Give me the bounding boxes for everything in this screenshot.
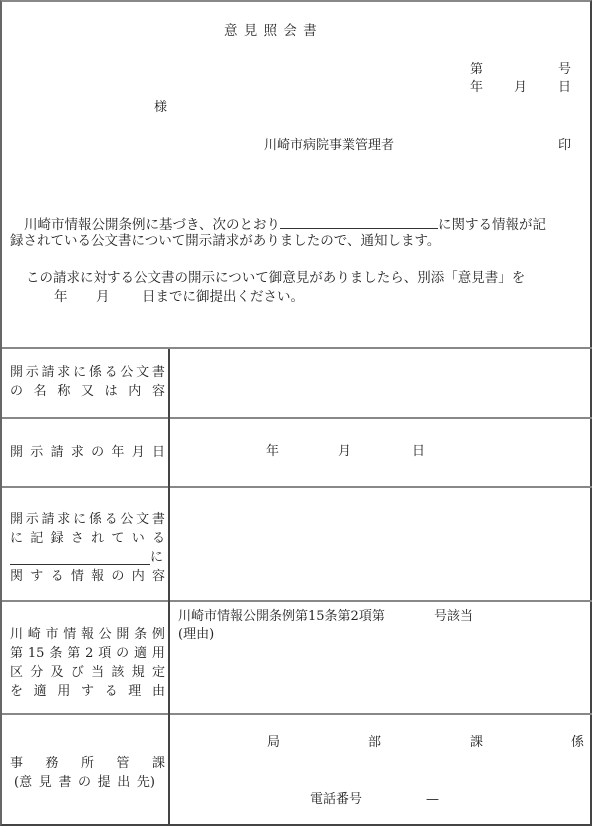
label-char: 管 bbox=[116, 754, 129, 773]
label-char: 由 bbox=[152, 682, 165, 701]
request-date-day: 日 bbox=[412, 444, 425, 460]
label-char: 市 bbox=[45, 625, 58, 644]
label-char: 該 bbox=[111, 663, 124, 682]
label-char: 関 bbox=[10, 567, 23, 586]
paragraph1-line1: 川崎市情報公開条例に基づき、次のとおりに関する情報が記 bbox=[24, 213, 546, 234]
label-char: 定 bbox=[152, 663, 165, 682]
provision-text: 川崎市情報公開条例第15条第2項第 bbox=[178, 609, 385, 625]
label-line: の名称又は内容 bbox=[10, 382, 165, 401]
label-char: 第 bbox=[10, 644, 23, 663]
label-char: 出 bbox=[117, 773, 130, 792]
label-line: 事務所管課 bbox=[10, 754, 165, 773]
label-char: 示 bbox=[30, 443, 43, 462]
label-char: に bbox=[150, 548, 163, 567]
provision-applicable: 号該当 bbox=[434, 609, 473, 625]
sender-name: 川崎市病院事業管理者 bbox=[264, 138, 394, 154]
label-char: 用 bbox=[152, 644, 165, 663]
label-char: 内 bbox=[128, 382, 141, 401]
department-label: 部 bbox=[368, 735, 381, 751]
addressee-suffix: 様 bbox=[154, 100, 167, 116]
label-char: 規 bbox=[132, 663, 145, 682]
label-char: は bbox=[105, 382, 118, 401]
label-char: 分 bbox=[30, 663, 43, 682]
label-char: 提 bbox=[98, 773, 111, 792]
label-char: て bbox=[111, 529, 124, 548]
label-char: 開 bbox=[116, 625, 129, 644]
row-divider bbox=[2, 713, 592, 715]
date-day: 日 bbox=[558, 80, 571, 96]
label-char: 報 bbox=[81, 625, 94, 644]
label-char: る bbox=[152, 529, 165, 548]
label-responsible-section: 事務所管課 (意見書の提出先) bbox=[10, 754, 165, 792]
row-divider bbox=[2, 600, 592, 602]
label-char: 理 bbox=[128, 682, 141, 701]
label-document-name: 開示請求に係る公文書 の名称又は内容 bbox=[10, 363, 165, 401]
label-char: び bbox=[71, 663, 84, 682]
reason-label: (理由) bbox=[178, 627, 214, 643]
label-char: 例 bbox=[152, 625, 165, 644]
label-char: 区 bbox=[10, 663, 23, 682]
row-divider bbox=[2, 486, 592, 488]
request-date-month: 月 bbox=[338, 444, 351, 460]
label-char: 開 bbox=[10, 443, 23, 462]
label-char: 崎 bbox=[28, 625, 41, 644]
request-date-year: 年 bbox=[266, 444, 279, 460]
label-char: の bbox=[116, 644, 129, 663]
label-char: 公 bbox=[99, 625, 112, 644]
label-char: 示 bbox=[26, 510, 39, 529]
section-label: 課 bbox=[470, 735, 483, 751]
label-char: 事 bbox=[10, 754, 23, 773]
label-char: 文 bbox=[136, 510, 149, 529]
phone-label: 電話番号 bbox=[310, 792, 362, 808]
label-char: の bbox=[10, 382, 23, 401]
label-char: 15 bbox=[28, 644, 45, 663]
label-char: 日 bbox=[152, 443, 165, 462]
label-request-date: 開示請求の年月日 bbox=[10, 443, 165, 462]
label-char: 内 bbox=[132, 567, 145, 586]
label-char: 求 bbox=[57, 510, 70, 529]
paragraph2-year: 年 bbox=[54, 288, 68, 306]
label-char: 情 bbox=[71, 567, 84, 586]
label-char: に bbox=[73, 510, 86, 529]
date-year: 年 bbox=[470, 80, 483, 96]
label-char: 適 bbox=[34, 682, 47, 701]
label-char: 用 bbox=[57, 682, 70, 701]
label-char: 報 bbox=[91, 567, 104, 586]
blank-underline bbox=[10, 548, 150, 565]
label-char: 容 bbox=[152, 567, 165, 586]
label-char: 先) bbox=[137, 773, 155, 792]
opinion-inquiry-form: 意 見 照 会 書 第 号 年 月 日 様 川崎市病院事業管理者 印 川崎市情報… bbox=[0, 0, 592, 826]
row-divider bbox=[2, 417, 592, 419]
label-char: 及 bbox=[51, 663, 64, 682]
label-char: 第 bbox=[67, 644, 80, 663]
label-char: 係 bbox=[89, 510, 102, 529]
label-char: 請 bbox=[51, 443, 64, 462]
label-char: 求 bbox=[71, 443, 84, 462]
label-char: す bbox=[81, 682, 94, 701]
label-char: 示 bbox=[26, 363, 39, 382]
label-char: 文 bbox=[136, 363, 149, 382]
label-char: の bbox=[91, 443, 104, 462]
label-line: 開示請求に係る公文書 bbox=[10, 510, 165, 529]
label-char: 称 bbox=[57, 382, 70, 401]
label-char: 条 bbox=[134, 625, 147, 644]
label-char: (意 bbox=[14, 773, 32, 792]
label-char: 又 bbox=[81, 382, 94, 401]
label-char: 開 bbox=[10, 363, 23, 382]
label-line: に記録されている bbox=[10, 529, 165, 548]
label-char: 請 bbox=[42, 363, 55, 382]
paragraph1-line2: 録されている公文書について開示請求がありましたので、通知します。 bbox=[10, 232, 440, 250]
label-char: れ bbox=[91, 529, 104, 548]
label-char: 情 bbox=[63, 625, 76, 644]
label-char: 書 bbox=[152, 510, 165, 529]
number-suffix: 号 bbox=[558, 62, 571, 78]
label-applicable-provision: 川崎市情報公開条例 第15条第2項の適用 区分及び当該規定 を適用する理由 bbox=[10, 625, 165, 701]
seal-mark: 印 bbox=[558, 138, 571, 154]
bureau-label: 局 bbox=[267, 735, 280, 751]
date-month: 月 bbox=[514, 80, 527, 96]
label-line: 区分及び当該規定 bbox=[10, 663, 165, 682]
subsection-label: 係 bbox=[571, 735, 584, 751]
label-char: る bbox=[105, 510, 118, 529]
paragraph2-line1: この請求に対する公文書の開示について御意見がありましたら、別添「意見書」を bbox=[26, 269, 525, 287]
label-char: 月 bbox=[132, 443, 145, 462]
label-char: を bbox=[10, 682, 23, 701]
label-char: の bbox=[78, 773, 91, 792]
label-line: 第15条第2項の適用 bbox=[10, 644, 165, 663]
label-char: 書 bbox=[152, 363, 165, 382]
recorded-information-field[interactable] bbox=[172, 490, 590, 598]
paragraph1-text-start: 川崎市情報公開条例に基づき、次のとおり bbox=[24, 217, 280, 233]
label-line: 関する情報の内容 bbox=[10, 567, 165, 586]
label-char: 容 bbox=[152, 382, 165, 401]
label-char: 課 bbox=[152, 754, 165, 773]
label-line: 開示請求の年月日 bbox=[10, 443, 165, 462]
label-char: 録 bbox=[51, 529, 64, 548]
label-char: 書 bbox=[58, 773, 71, 792]
label-char: 係 bbox=[89, 363, 102, 382]
label-char: 項 bbox=[98, 644, 111, 663]
label-char: 見 bbox=[39, 773, 52, 792]
paragraph2-deadline-text: 日までに御提出ください。 bbox=[142, 288, 304, 306]
label-char: 求 bbox=[57, 363, 70, 382]
document-title: 意 見 照 会 書 bbox=[224, 22, 318, 40]
label-char: さ bbox=[71, 529, 84, 548]
label-recorded-information: 開示請求に係る公文書 に記録されている に 関する情報の内容 bbox=[10, 510, 165, 586]
label-char: 記 bbox=[30, 529, 43, 548]
label-char: い bbox=[132, 529, 145, 548]
number-prefix: 第 bbox=[470, 62, 483, 78]
phone-dash: — bbox=[426, 792, 439, 808]
label-char: る bbox=[51, 567, 64, 586]
label-line: を適用する理由 bbox=[10, 682, 165, 701]
label-char: 所 bbox=[81, 754, 94, 773]
paragraph1-text-end: に関する情報が記 bbox=[438, 217, 546, 233]
label-char: 開 bbox=[10, 510, 23, 529]
label-line: (意見書の提出先) bbox=[10, 773, 165, 792]
label-char: る bbox=[105, 363, 118, 382]
label-line: 開示請求に係る公文書 bbox=[10, 363, 165, 382]
label-char: に bbox=[10, 529, 23, 548]
label-char: 公 bbox=[120, 510, 133, 529]
paragraph2-month: 月 bbox=[96, 288, 110, 306]
label-char: る bbox=[105, 682, 118, 701]
label-char: に bbox=[73, 363, 86, 382]
label-char: 適 bbox=[134, 644, 147, 663]
label-char: 2 bbox=[85, 644, 93, 663]
label-char: 公 bbox=[120, 363, 133, 382]
label-line: 川崎市情報公開条例 bbox=[10, 625, 165, 644]
document-name-field[interactable] bbox=[172, 351, 590, 415]
table-top-border bbox=[2, 347, 592, 349]
label-char: 年 bbox=[111, 443, 124, 462]
blank-underline bbox=[280, 213, 438, 229]
label-char: 名 bbox=[34, 382, 47, 401]
label-char: 条 bbox=[49, 644, 62, 663]
label-char: 川 bbox=[10, 625, 23, 644]
label-char: 当 bbox=[91, 663, 104, 682]
label-char: 務 bbox=[45, 754, 58, 773]
column-divider bbox=[168, 349, 170, 826]
label-line: に bbox=[10, 548, 165, 567]
label-char: す bbox=[30, 567, 43, 586]
label-char: 請 bbox=[42, 510, 55, 529]
label-char: の bbox=[111, 567, 124, 586]
